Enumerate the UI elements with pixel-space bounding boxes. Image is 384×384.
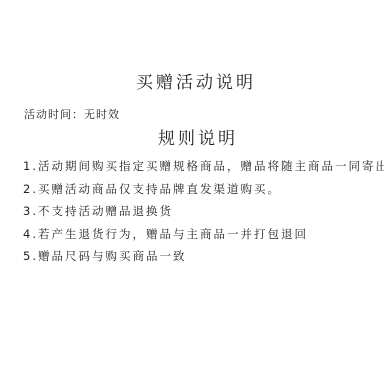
rule-item: 2.买赠活动商品仅支持品牌直发渠道购买。 (23, 178, 384, 201)
rule-item: 1.活动期间购买指定买赠规格商品，赠品将随主商品一同寄出 (23, 155, 384, 178)
activity-time-label: 活动时间： (24, 108, 84, 121)
rule-item: 3.不支持活动赠品退换货 (23, 200, 384, 223)
rule-item: 4.若产生退货行为，赠品与主商品一并打包退回 (23, 223, 384, 246)
rules-heading: 规则说明 (0, 124, 384, 149)
page-title: 买赠活动说明 (0, 68, 384, 93)
rules-list: 1.活动期间购买指定买赠规格商品，赠品将随主商品一同寄出 2.买赠活动商品仅支持… (23, 155, 384, 268)
activity-time-value: 无时效 (84, 108, 120, 121)
activity-time-line: 活动时间：无时效 (24, 106, 120, 122)
rule-item: 5.赠品尺码与购买商品一致 (23, 245, 384, 268)
